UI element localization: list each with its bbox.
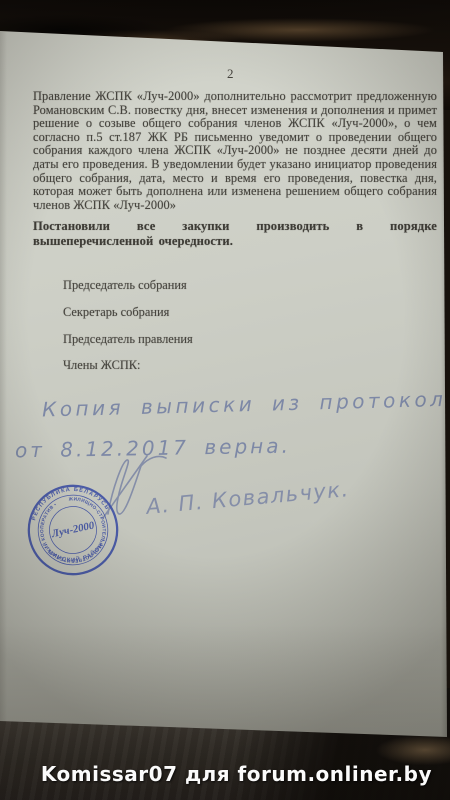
handwritten-signature: А. П. Ковальчук.: [145, 477, 350, 519]
watermark-text: Komissar07 для forum.onliner.by: [41, 762, 432, 786]
stamp-center-text: Луч-2000: [50, 519, 96, 540]
document-page: 2 Правление ЖСПК «Луч-2000» дополнительн…: [0, 0, 450, 800]
handwritten-note-line1: Копия выписки из протокола: [42, 387, 450, 422]
signatory-chairman-of-meeting: Председатель собрания: [63, 278, 187, 293]
resolution-paragraph: Постановили все закупки производить в по…: [33, 219, 437, 248]
page-number: 2: [227, 66, 234, 82]
body-paragraph: Правление ЖСПК «Луч-2000» дополнительно …: [33, 90, 437, 212]
photo-frame: 2 Правление ЖСПК «Луч-2000» дополнительн…: [0, 0, 450, 800]
signatory-members: Члены ЖСПК:: [63, 358, 141, 373]
stamp-luch-2000: РЕСПУБЛИКА БЕЛАРУСЬ • МИНСКИЙ РАЙОН • ЖИ…: [20, 476, 126, 584]
signatory-chairman-of-board: Председатель правления: [63, 332, 193, 347]
signatory-secretary-of-meeting: Секретарь собрания: [63, 305, 169, 320]
